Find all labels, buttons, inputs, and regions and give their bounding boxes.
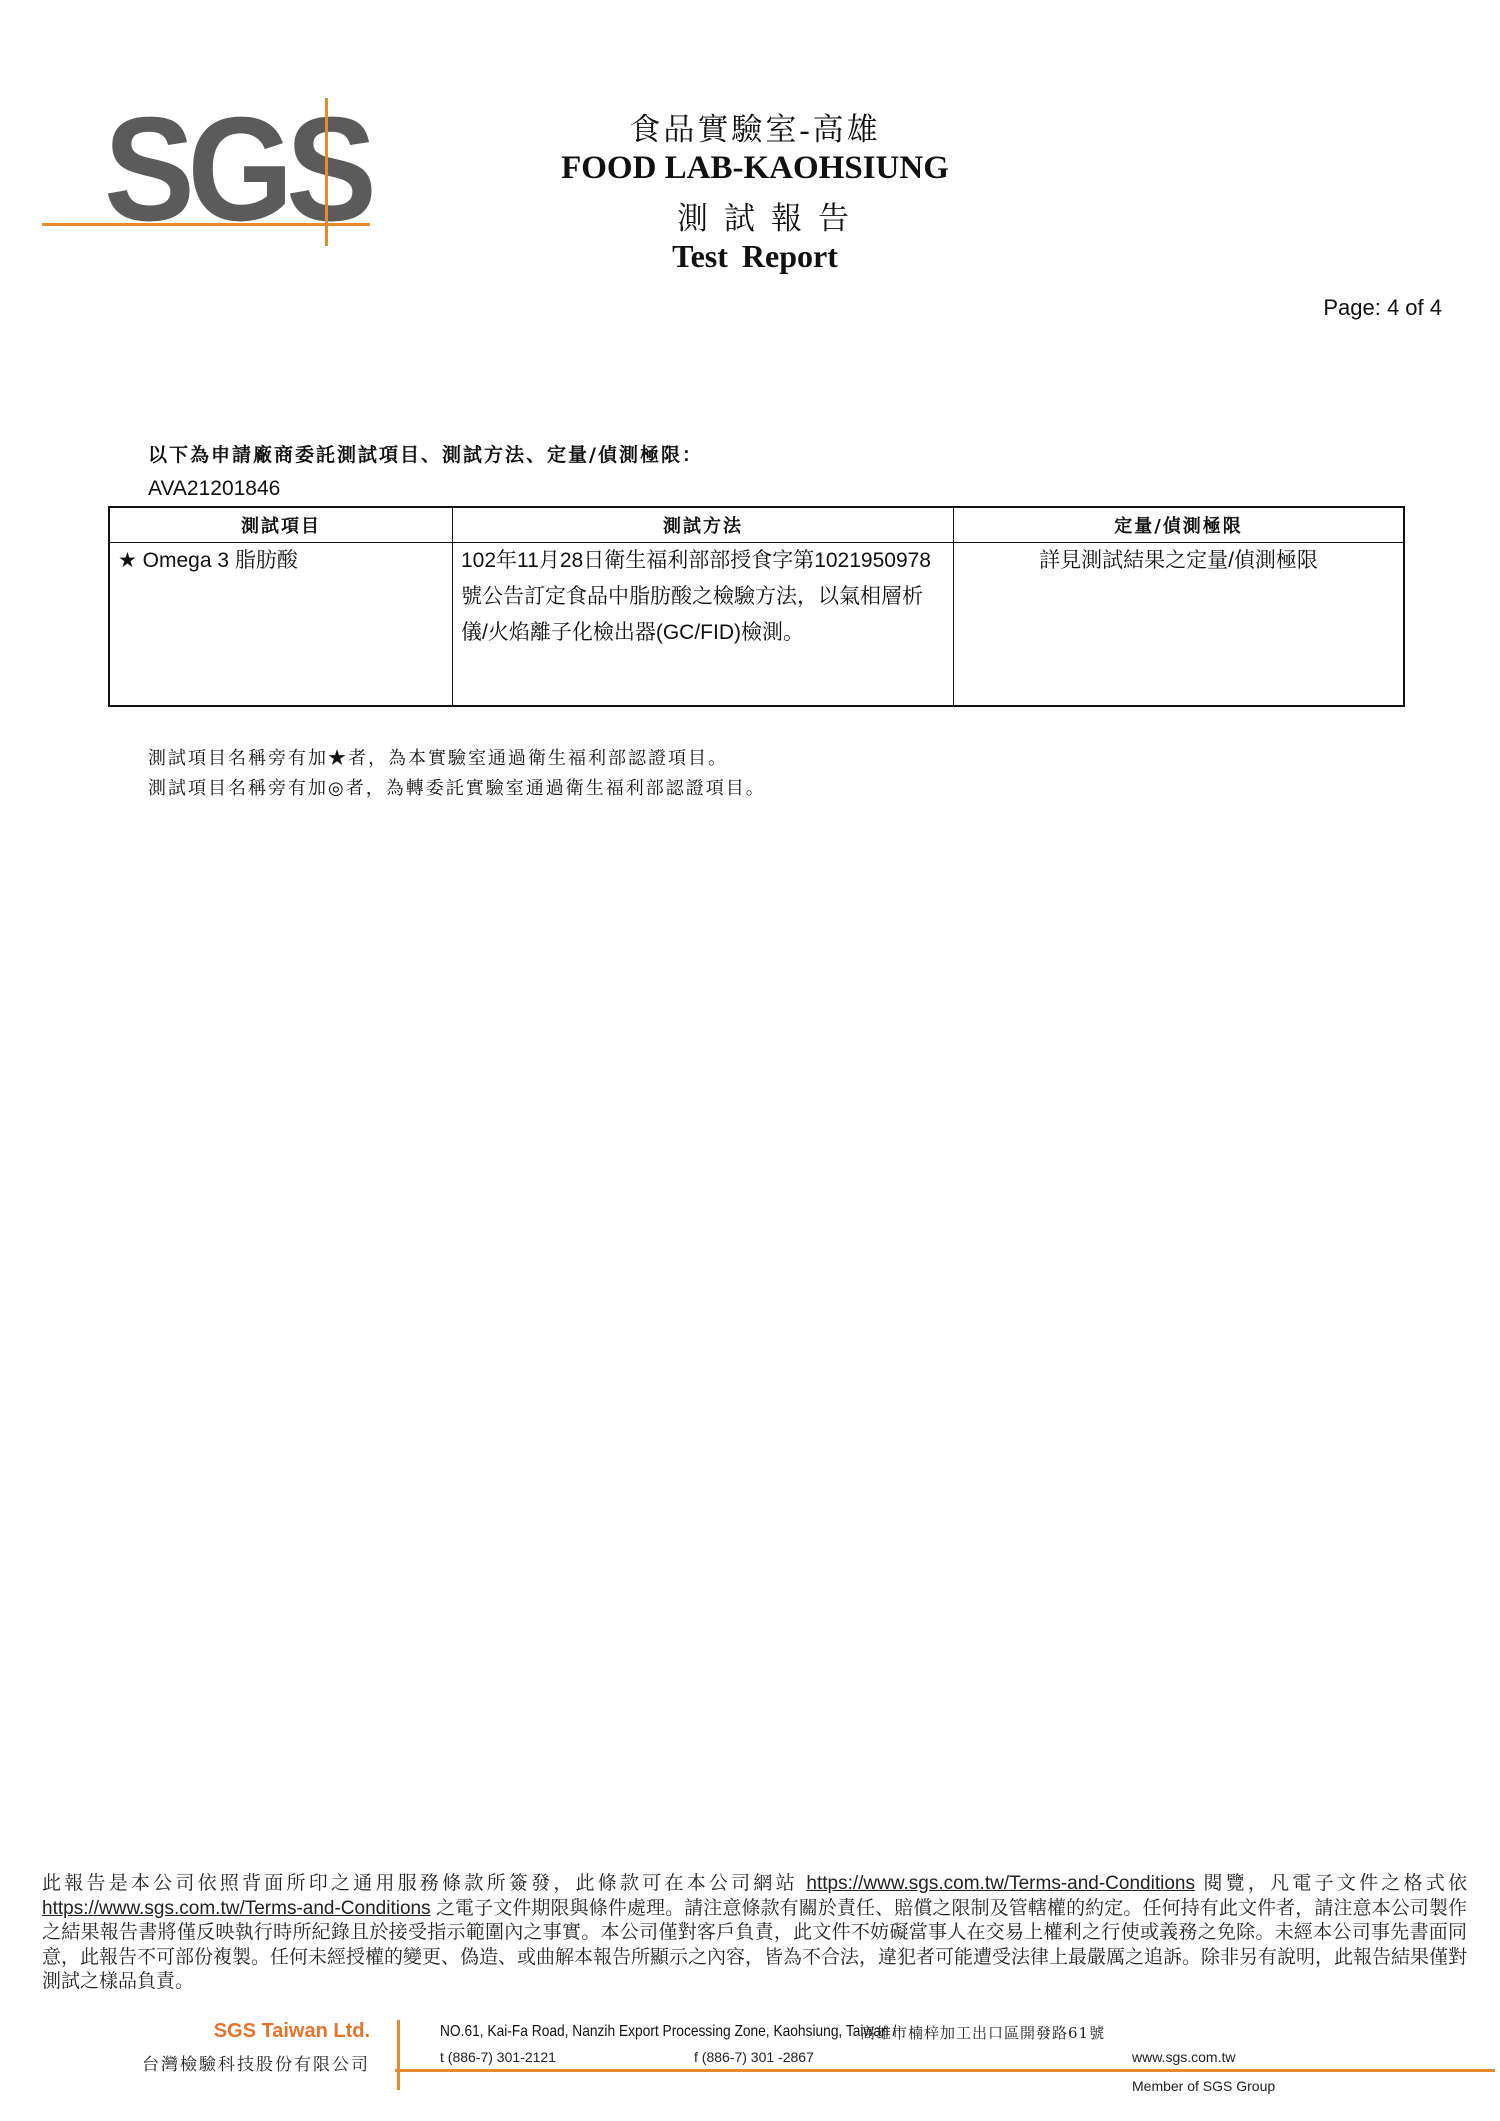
terms-link[interactable]: https://www.sgs.com.tw/Terms-and-Conditi…: [806, 1873, 1195, 1894]
sgs-logo: SGS: [104, 96, 369, 244]
footer-vertical-rule: [397, 2020, 400, 2090]
footer-address-en: NO.61, Kai-Fa Road, Nanzih Export Proces…: [440, 2023, 896, 2041]
lab-title-en: FOOD LAB-KAOHSIUNG: [450, 150, 1060, 187]
note-star-accredited: 測試項目名稱旁有加★者，為本實驗室通過衛生福利部認證項目。: [148, 744, 728, 770]
footer-company-zh: 台灣檢驗科技股份有限公司: [142, 2050, 370, 2075]
footer-fax: f (886-7) 301 -2867: [694, 2049, 814, 2065]
cell-test-item: ★ Omega 3 脂肪酸: [109, 543, 453, 707]
test-items-table: 測試項目 測試方法 定量/偵測極限 ★ Omega 3 脂肪酸 102年11月2…: [108, 506, 1405, 707]
footer-member-note: Member of SGS Group: [1132, 2078, 1275, 2094]
footer-company-en: SGS Taiwan Ltd.: [214, 2020, 370, 2043]
logo-vertical-rule: [325, 98, 328, 246]
logo-horizontal-rule: [42, 223, 370, 226]
intro-heading: 以下為申請廠商委託測試項目、測試方法、定量/偵測極限：: [148, 440, 703, 467]
footer-horizontal-rule: [395, 2069, 1495, 2072]
report-title-en: Test Report: [450, 238, 1060, 275]
footer-address-zh: 高雄市楠梓加工出口區開發路61號: [860, 2022, 1105, 2043]
header-test-method: 測試方法: [453, 507, 954, 543]
report-number: AVA21201846: [148, 477, 280, 501]
cell-test-method: 102年11月28日衛生福利部部授食字第1021950978 號公告訂定食品中脂…: [453, 543, 954, 707]
header-test-item: 測試項目: [109, 507, 453, 543]
footer-phone: t (886-7) 301-2121: [440, 2049, 556, 2065]
report-title-zh: 測試報告: [450, 193, 1076, 238]
cell-detection-limit: 詳見測試結果之定量/偵測極限: [954, 543, 1405, 707]
disclaimer-text-2: 閱覽，凡電子文件之格式依: [1195, 1873, 1467, 1894]
table-header-row: 測試項目 測試方法 定量/偵測極限: [109, 507, 1404, 543]
lab-title-zh: 食品實驗室-高雄: [450, 104, 1060, 149]
disclaimer-text-1: 此報告是本公司依照背面所印之通用服務條款所簽發，此條款可在本公司網站: [42, 1873, 806, 1894]
terms-link-2[interactable]: https://www.sgs.com.tw/Terms-and-Conditi…: [42, 1898, 431, 1919]
table-row: ★ Omega 3 脂肪酸 102年11月28日衛生福利部部授食字第102195…: [109, 543, 1404, 707]
note-subcontract-accredited: 測試項目名稱旁有加◎者，為轉委託實驗室通過衛生福利部認證項目。: [148, 774, 766, 800]
footer-website[interactable]: www.sgs.com.tw: [1132, 2049, 1235, 2065]
page-number: Page: 4 of 4: [1323, 295, 1442, 321]
legal-disclaimer: 此報告是本公司依照背面所印之通用服務條款所簽發，此條款可在本公司網站 https…: [42, 1872, 1467, 1995]
header-detection-limit: 定量/偵測極限: [954, 507, 1405, 543]
